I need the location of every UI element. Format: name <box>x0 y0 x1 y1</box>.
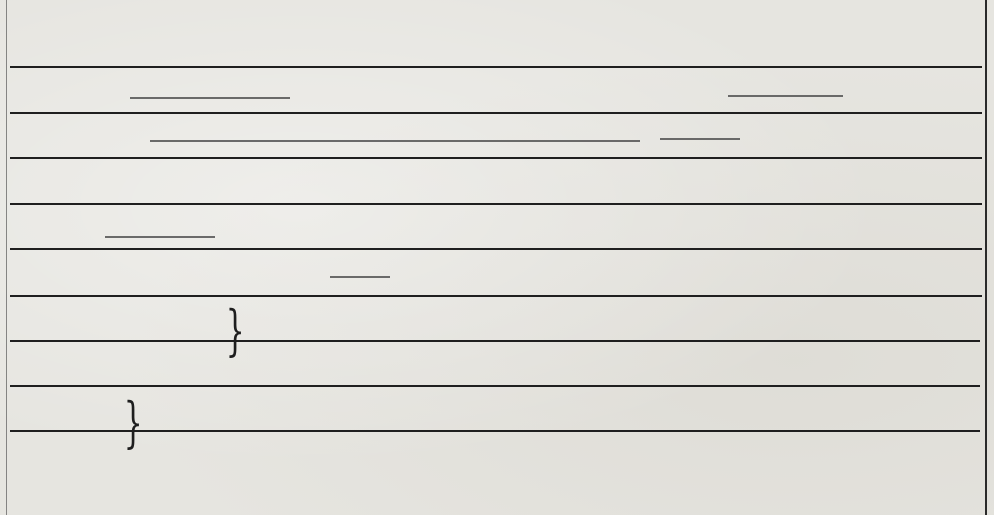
blank-dash <box>330 276 390 278</box>
right-margin-rule <box>985 0 987 515</box>
ruled-line <box>10 157 982 159</box>
ruled-line <box>10 203 982 205</box>
ruled-line <box>10 430 980 432</box>
bottom-ornamental-border <box>8 477 983 507</box>
blank-dash <box>660 138 740 140</box>
ruled-line <box>10 385 980 387</box>
blank-dash <box>728 95 843 97</box>
register-page: } } <box>0 0 994 515</box>
left-margin-rule <box>6 0 7 515</box>
top-ornamental-border <box>12 9 982 21</box>
brace-icon: } <box>124 396 143 450</box>
ruled-line <box>10 248 982 250</box>
blank-dash <box>130 97 290 99</box>
ruled-line <box>10 295 982 297</box>
blank-dash <box>105 236 215 238</box>
ruled-line <box>10 340 980 342</box>
ruled-line <box>10 66 982 68</box>
ruled-line <box>10 112 982 114</box>
blank-dash <box>150 140 640 142</box>
brace-icon: } <box>226 304 245 358</box>
